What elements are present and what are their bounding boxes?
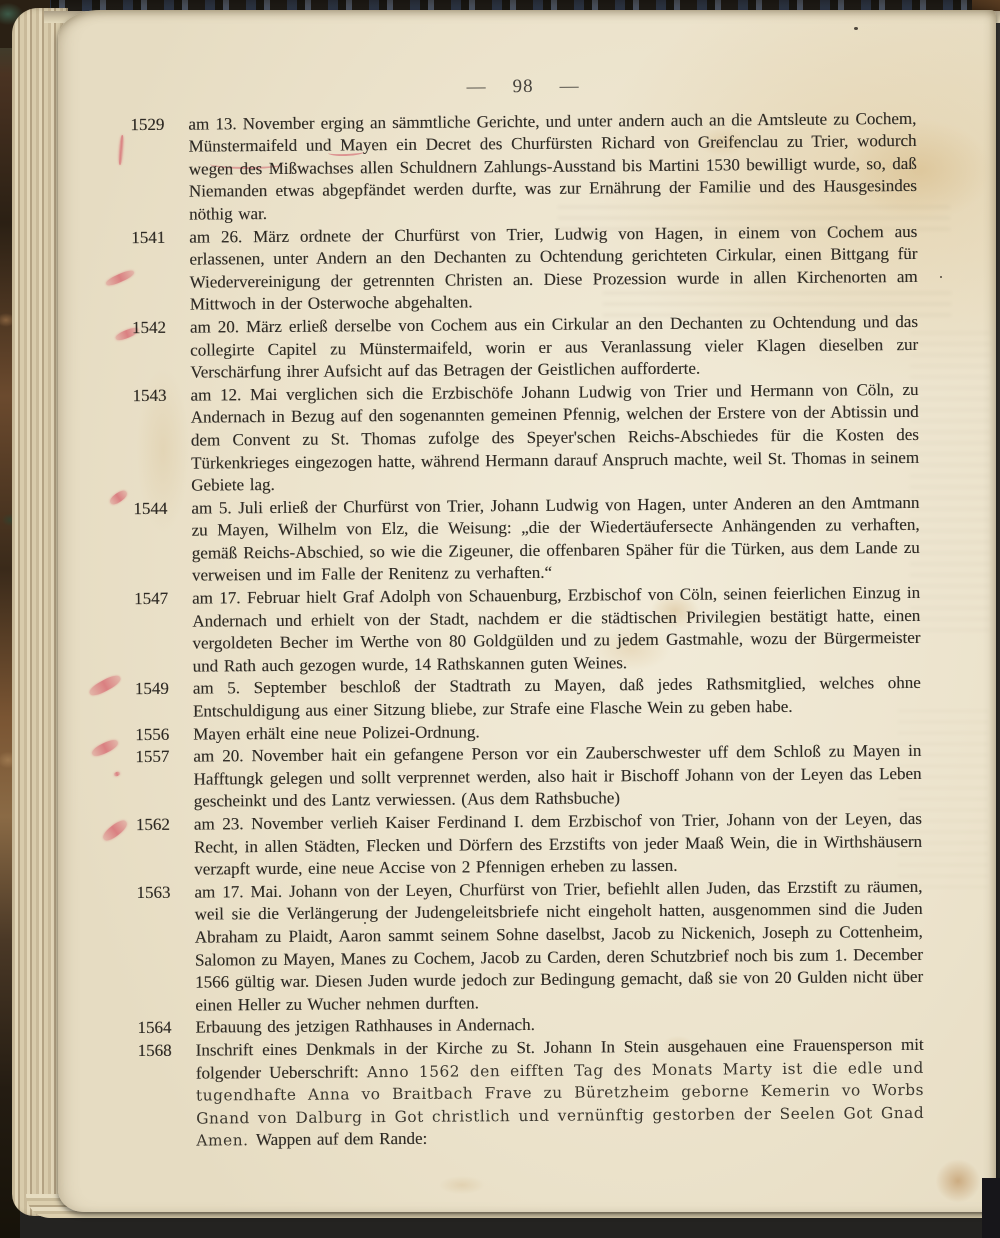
chronicle-entry-1557: 1557 am 20. November hait ein gefangene … (135, 740, 922, 814)
book-scan: — 98 — 1529 am 13. November erging an sä… (0, 0, 1000, 1238)
paper-stain (430, 1172, 494, 1198)
page-number-row: — 98 — (130, 73, 916, 102)
entry-year: 1529 (130, 113, 183, 226)
page-number-dash-right: — (559, 76, 579, 99)
entry-year: 1543 (132, 384, 185, 497)
chronicle-entry-1568: 1568 Inschrift eines Denkmals in der Kir… (138, 1034, 925, 1153)
ink-speck (940, 276, 942, 278)
entry-year: 1541 (131, 226, 184, 317)
paper-stain (926, 1150, 990, 1212)
entry-year: 1542 (132, 317, 185, 385)
entry-text: am 12. Mai verglichen sich die Erzbischö… (190, 379, 919, 498)
entry-text: am 20. März erließ derselbe von Cochem a… (190, 311, 919, 384)
chronicle-entry-1541: 1541 am 26. März ordnete der Churfürst v… (131, 220, 918, 317)
entry-year: 1562 (136, 814, 189, 882)
chronicle-entry-1543: 1543 am 12. Mai verglichen sich die Erzb… (132, 379, 919, 498)
chronicle-entry-1529: 1529 am 13. November erging an sämmtlich… (130, 108, 917, 227)
chronicle-entry-1563: 1563 am 17. Mai. Johann von der Leyen, C… (136, 876, 923, 1018)
entry-text: am 5. September beschloß der Stadtrath z… (193, 672, 921, 723)
page-number-dash-left: — (467, 76, 487, 99)
entry-year: 1547 (134, 588, 187, 679)
entry-year: 1557 (135, 746, 188, 814)
entry-text: am 23. November verlieh Kaiser Ferdinand… (194, 808, 923, 881)
entry-year: 1556 (135, 723, 187, 746)
entry-text-fraktur-2: Wappen auf dem Rande: (256, 1129, 428, 1149)
entry-year: 1563 (136, 881, 189, 1017)
entry-text: am 13. November erging an sämmtliche Ger… (188, 108, 917, 227)
red-pencil-mark (101, 818, 130, 844)
entry-year: 1544 (133, 497, 186, 588)
red-pencil-mark (118, 135, 125, 165)
entry-text: am 17. Februar hielt Graf Adolph von Sch… (192, 582, 921, 678)
entry-text: am 17. Mai. Johann von der Leyen, Churfü… (194, 876, 923, 1017)
red-pencil-mark (108, 488, 129, 506)
chronicle-entry-1542: 1542 am 20. März erließ derselbe von Coc… (132, 311, 919, 385)
entry-year: 1549 (135, 678, 187, 724)
red-pencil-mark (87, 673, 122, 699)
chronicle-entry-1562: 1562 am 23. November verlieh Kaiser Ferd… (136, 808, 923, 882)
chronicle-entry-1544: 1544 am 5. Juli erließ der Churfürst von… (133, 492, 920, 589)
page-number: 98 (513, 76, 534, 99)
scan-shadow-corner (982, 1178, 1000, 1238)
entry-text: am 5. Juli erließ der Churfürst von Trie… (191, 492, 920, 588)
book-page: — 98 — 1529 am 13. November erging an sä… (58, 10, 996, 1212)
entry-text: Inschrift eines Denkmals in der Kirche z… (196, 1034, 925, 1153)
page-text: — 98 — 1529 am 13. November erging an sä… (130, 73, 924, 1153)
ink-showthrough (910, 332, 990, 632)
red-pencil-mark (113, 771, 120, 777)
entry-text: am 26. März ordnete der Churfürst von Tr… (189, 220, 918, 316)
entry-text: am 20. November hait ein gefangene Perso… (193, 740, 922, 813)
chronicle-entry-1549: 1549 am 5. September beschloß der Stadtr… (135, 672, 921, 723)
entry-year: 1564 (137, 1017, 189, 1040)
ink-speck (854, 27, 858, 30)
entry-year: 1568 (138, 1040, 191, 1153)
chronicle-entry-1547: 1547 am 17. Februar hielt Graf Adolph vo… (134, 582, 921, 679)
red-pencil-mark (90, 737, 120, 758)
